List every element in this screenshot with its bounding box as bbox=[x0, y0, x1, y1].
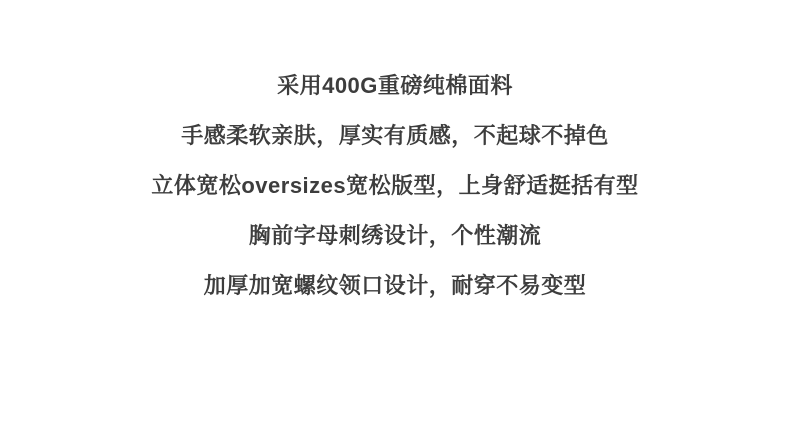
description-line-fit: 立体宽松oversizes宽松版型，上身舒适挺括有型 bbox=[0, 161, 790, 211]
description-line-feel: 手感柔软亲肤，厚实有质感，不起球不掉色 bbox=[0, 111, 790, 161]
description-line-embroidery: 胸前字母刺绣设计，个性潮流 bbox=[0, 211, 790, 261]
description-line-fabric: 采用400G重磅纯棉面料 bbox=[0, 61, 790, 111]
product-description-block: 采用400G重磅纯棉面料 手感柔软亲肤，厚实有质感，不起球不掉色 立体宽松ove… bbox=[0, 61, 790, 311]
description-line-collar: 加厚加宽螺纹领口设计，耐穿不易变型 bbox=[0, 261, 790, 311]
